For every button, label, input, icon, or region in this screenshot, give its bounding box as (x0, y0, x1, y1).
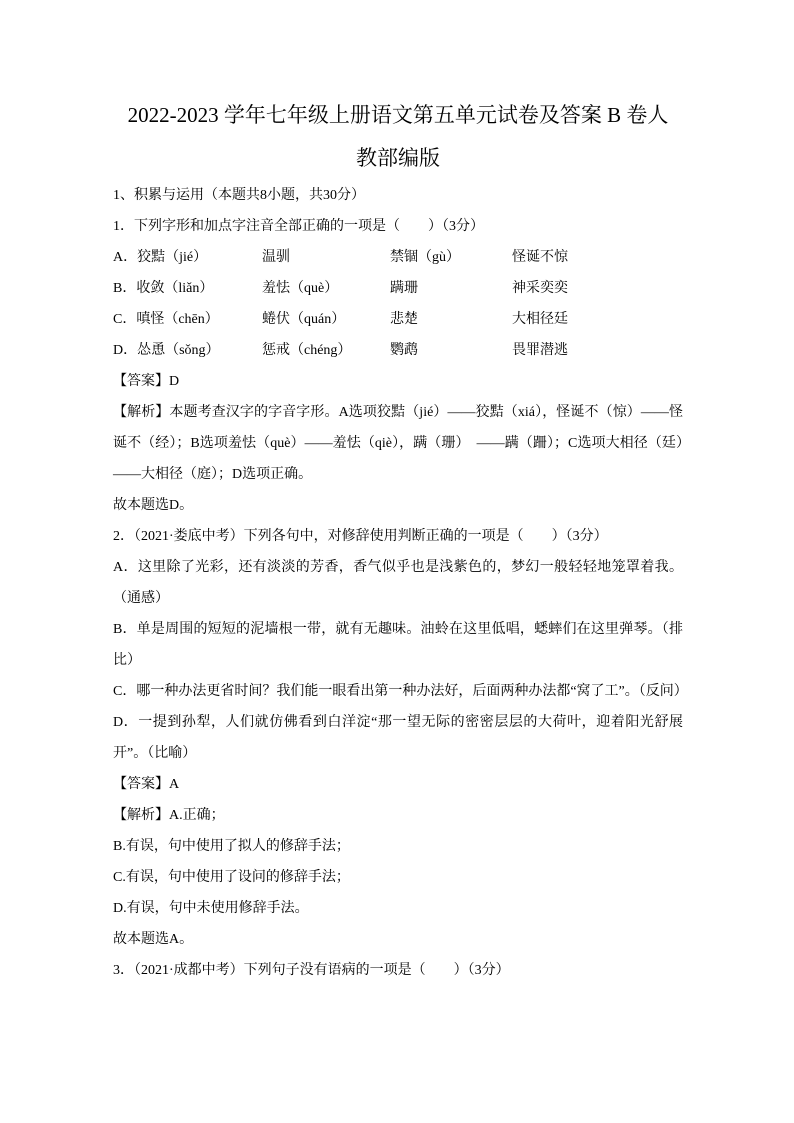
question2-stem: 2．（2021·娄底中考）下列各句中，对修辞使用判断正确的一项是（ ）（3分） (113, 521, 683, 552)
question1-option-b: B．收敛（liǎn） 羞怯（què） 蹒珊 神采奕奕 (113, 273, 683, 304)
q1-option-a-word1: A．狡黠（jié） (113, 242, 262, 273)
question1-answer: 【答案】D (113, 366, 683, 397)
question1-option-c: C．嗔怪（chēn） 蜷伏（quán） 悲楚 大相径廷 (113, 304, 683, 335)
q1-option-a-word4: 怪诞不惊 (512, 242, 683, 273)
document-title-line1: 2022-2023 学年七年级上册语文第五单元试卷及答案 B 卷人 (113, 94, 683, 137)
q1-option-a-word3: 禁锢（gù） (390, 242, 512, 273)
exam-document: 2022-2023 学年七年级上册语文第五单元试卷及答案 B 卷人 教部编版 1… (113, 0, 683, 986)
q1-option-c-word1: C．嗔怪（chēn） (113, 304, 262, 335)
question2-option-b: B．单是周围的短短的泥墙根一带，就有无趣味。油蛉在这里低唱，蟋蟀们在这里弹琴。（… (113, 614, 683, 676)
question2-option-d: D．一提到孙犁，人们就仿佛看到白洋淀“那一望无际的密密层层的大荷叶，迎着阳光舒展… (113, 707, 683, 769)
q1-option-d-word2: 惩戒（chéng） (262, 335, 390, 366)
section1-heading: 1、积累与运用（本题共8小题，共30分） (113, 180, 683, 211)
q1-option-b-word4: 神采奕奕 (512, 273, 683, 304)
question1-option-d: D．怂恿（sǒng） 惩戒（chéng） 鹦鹉 畏罪潜逃 (113, 335, 683, 366)
question2-option-a: A．这里除了光彩，还有淡淡的芳香，香气似乎也是浅紫色的，梦幻一般轻轻地笼罩着我。… (113, 552, 683, 614)
document-title: 2022-2023 学年七年级上册语文第五单元试卷及答案 B 卷人 教部编版 (113, 94, 683, 180)
question2-conclusion: 故本题选A。 (113, 924, 683, 955)
q1-option-c-word4: 大相径廷 (512, 304, 683, 335)
question2-analysis-d: D.有误，句中未使用修辞手法。 (113, 893, 683, 924)
document-title-line2: 教部编版 (113, 137, 683, 180)
question3-stem: 3．（2021·成都中考）下列句子没有语病的一项是（ ）（3分） (113, 955, 683, 986)
q1-option-b-word1: B．收敛（liǎn） (113, 273, 262, 304)
question2-analysis-b: B.有误，句中使用了拟人的修辞手法； (113, 831, 683, 862)
q1-option-c-word3: 悲楚 (390, 304, 512, 335)
question1-conclusion: 故本题选D。 (113, 490, 683, 521)
q1-option-d-word1: D．怂恿（sǒng） (113, 335, 262, 366)
q1-option-a-word2: 温驯 (262, 242, 390, 273)
q1-option-d-word4: 畏罪潜逃 (512, 335, 683, 366)
question1-option-a: A．狡黠（jié） 温驯 禁锢（gù） 怪诞不惊 (113, 242, 683, 273)
question1-stem: 1．下列字形和加点字注音全部正确的一项是（ ）（3分） (113, 211, 683, 242)
q1-option-b-word3: 蹒珊 (390, 273, 512, 304)
question2-option-c: C．哪一种办法更省时间？我们能一眼看出第一种办法好，后面两种办法都“窝了工”。（… (113, 676, 683, 707)
question2-analysis-a: 【解析】A.正确； (113, 800, 683, 831)
question2-analysis-c: C.有误，句中使用了设问的修辞手法； (113, 862, 683, 893)
question2-answer: 【答案】A (113, 769, 683, 800)
q1-option-c-word2: 蜷伏（quán） (262, 304, 390, 335)
q1-option-b-word2: 羞怯（què） (262, 273, 390, 304)
q1-option-d-word3: 鹦鹉 (390, 335, 512, 366)
question1-analysis: 【解析】本题考查汉字的字音字形。A选项狡黠（jié）——狡黠（xiá），怪诞不（… (113, 397, 683, 490)
